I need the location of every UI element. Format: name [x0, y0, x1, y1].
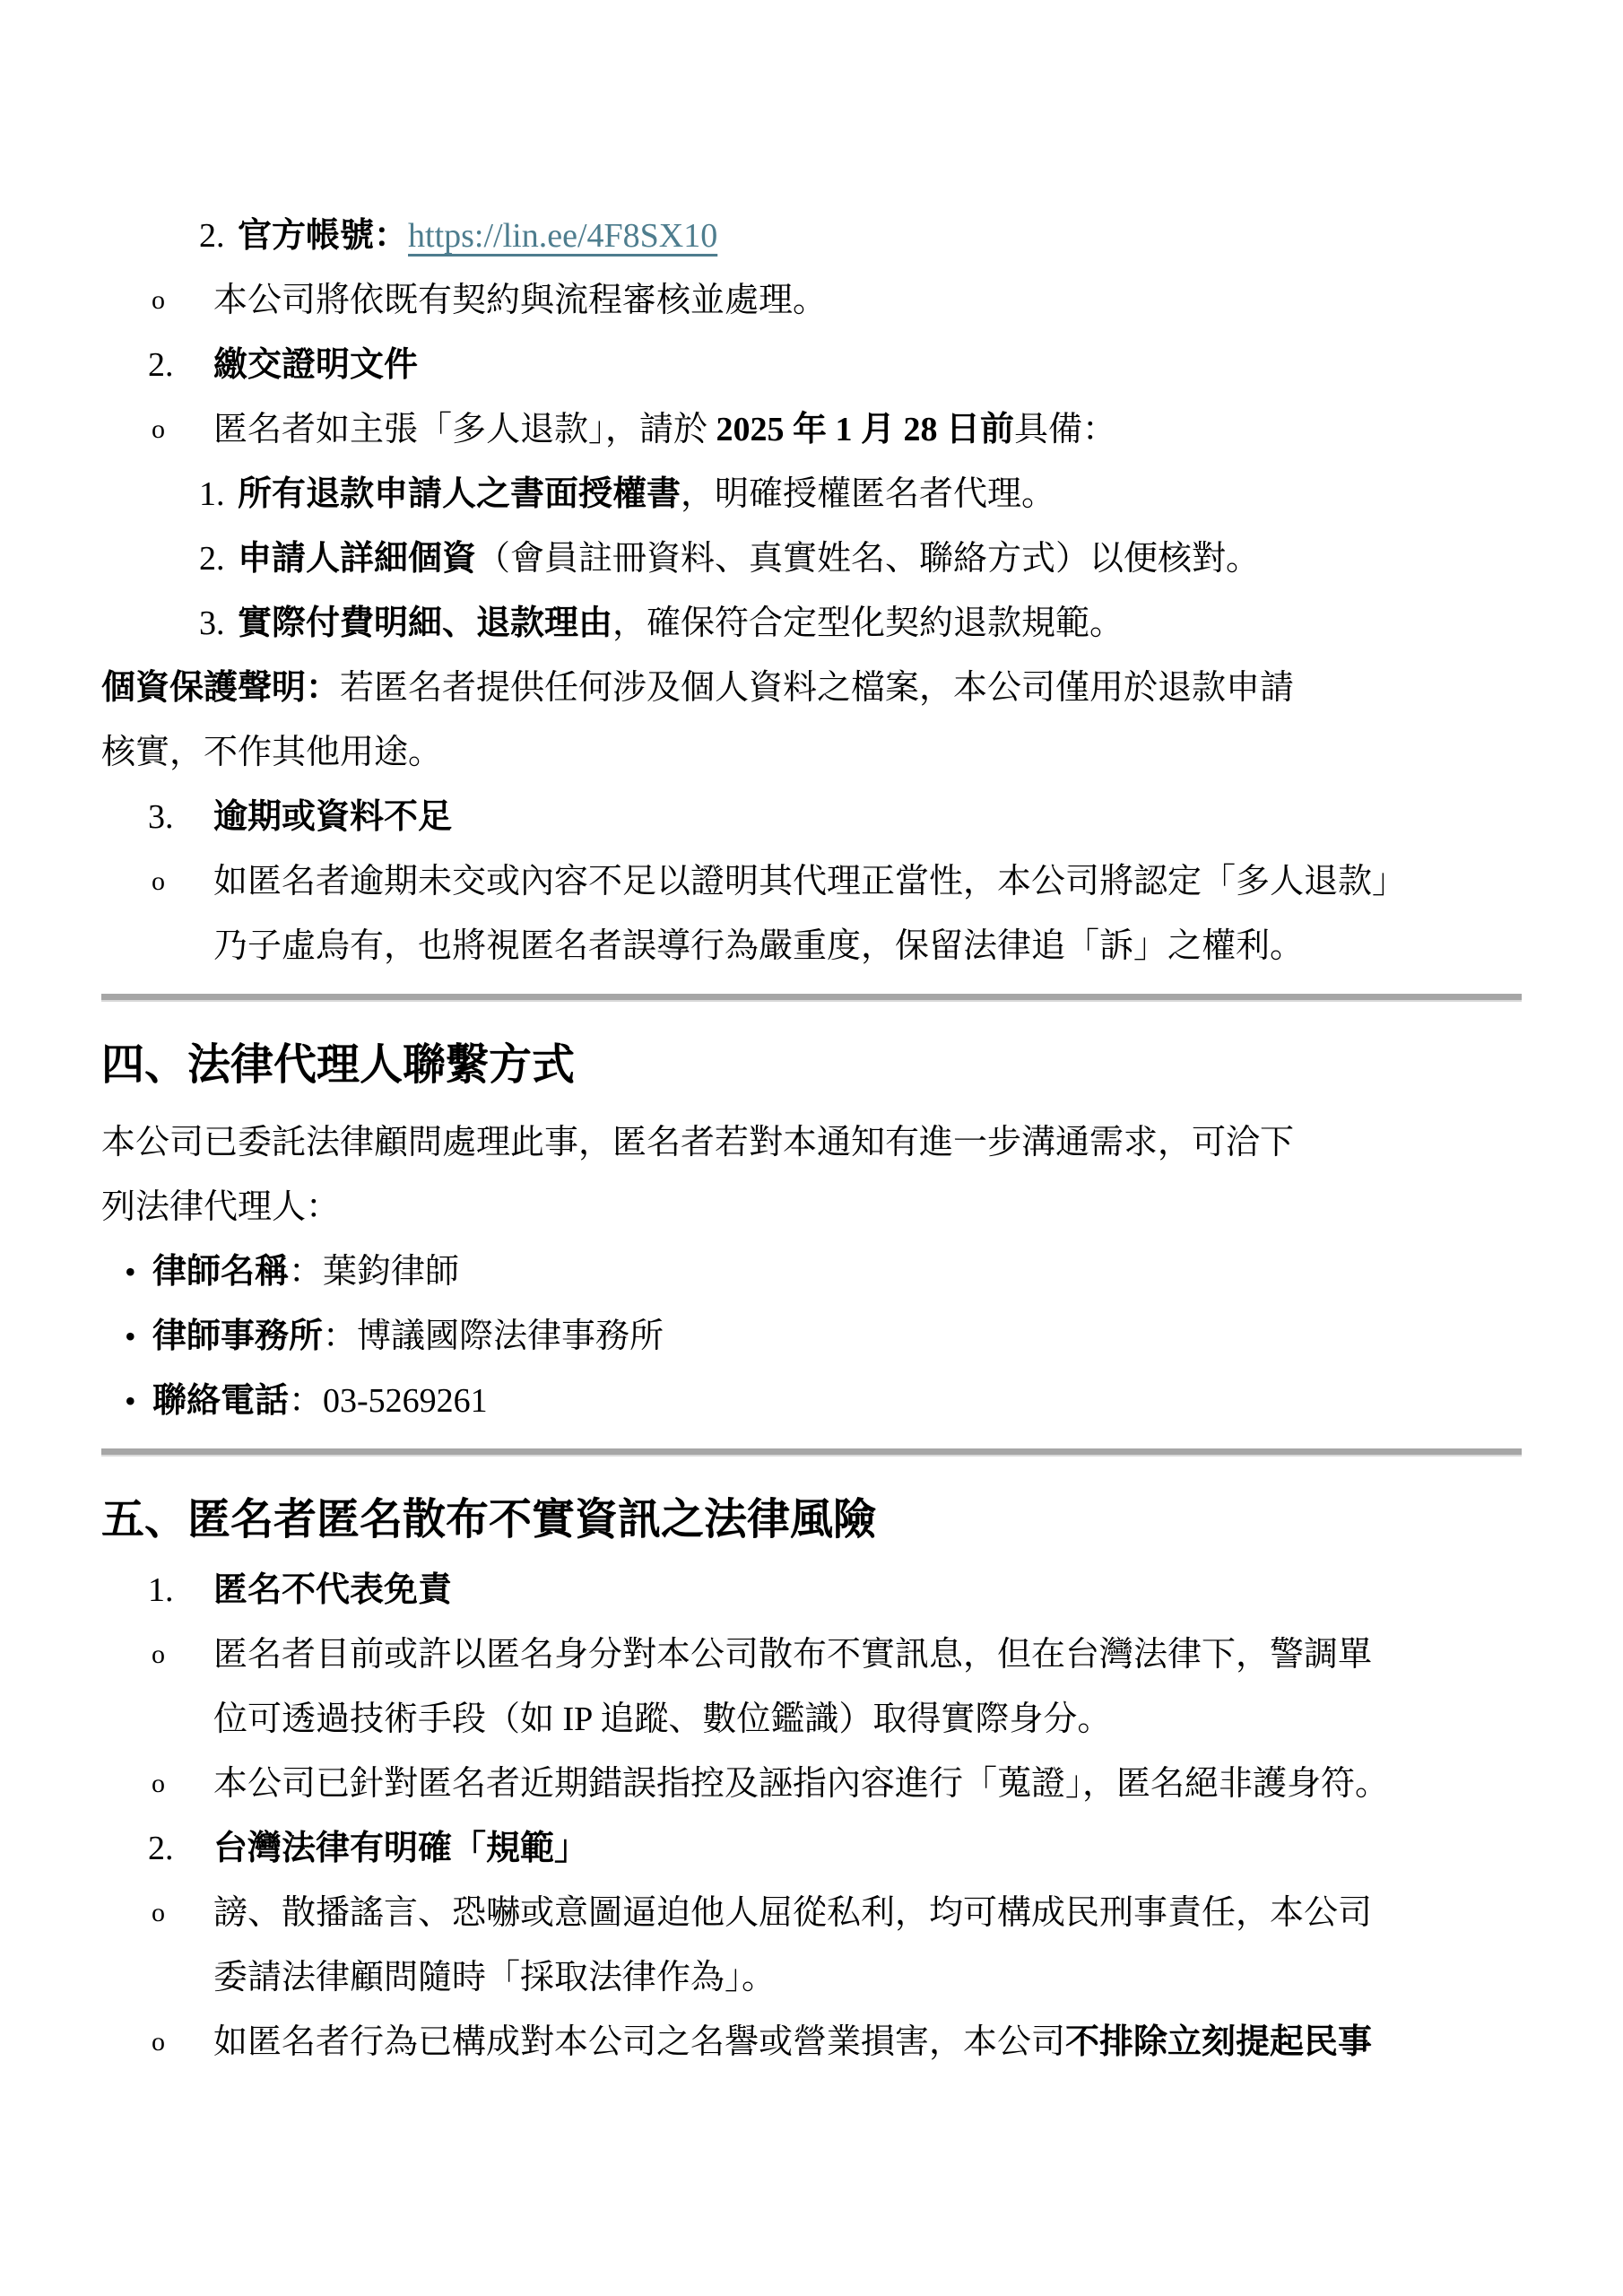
- number-marker: 2.: [148, 344, 174, 386]
- text-segment: （會員註冊資料、真實姓名、聯絡方式）以便核對。: [476, 540, 1260, 578]
- continuation-line: 位可透過技術手段（如 IP 追蹤、數位鑑識）取得實際身分。: [101, 1699, 1522, 1740]
- circle-bullet-icon: o: [152, 861, 165, 902]
- list-item-circle: o本公司已針對匿名者近期錯誤指控及誣指內容進行「蒐證」，匿名絕非護身符。: [101, 1763, 1522, 1805]
- text-segment: 實際付費明細、退款理由: [238, 604, 612, 642]
- text-segment: ：博議國際法律事務所: [323, 1318, 664, 1355]
- list-item-subnumbered: 3.實際付費明細、退款理由，確保符合定型化契約退款規範。: [101, 603, 1522, 644]
- section-heading: 五、匿名者匿名散布不實資訊之法律風險: [101, 1492, 1522, 1548]
- text-segment: 委請法律顧問隨時「採取法律作為」。: [213, 1959, 776, 1996]
- number-marker: 2.: [199, 215, 225, 257]
- bullet-list-item: •律師事務所：博議國際法律事務所: [101, 1316, 1522, 1357]
- document-page: 2.官方帳號：https://lin.ee/4F8SX10o本公司將依既有契約與…: [0, 0, 1623, 2296]
- list-item-numbered: 2.繳交證明文件: [101, 344, 1522, 386]
- text-segment: 本公司已委託法律顧問處理此事，匿名者若對本通知有進一步溝通需求，可洽下: [101, 1124, 1294, 1161]
- text-segment: ，明確授權匿名者代理。: [681, 475, 1055, 513]
- number-marker: 1.: [148, 1570, 174, 1611]
- section-divider: [101, 994, 1522, 1002]
- circle-bullet-icon: o: [152, 1634, 165, 1675]
- paragraph-line: 核實，不作其他用途。: [101, 732, 1522, 773]
- text-segment: 如匿名者行為已構成對本公司之名譽或營業損害，本公司: [213, 2023, 1065, 2061]
- text-segment: 聯絡電話: [152, 1382, 289, 1420]
- list-item-circle: o匿名者目前或許以匿名身分對本公司散布不實訊息，但在台灣法律下，警調單: [101, 1634, 1522, 1675]
- dot-bullet-icon: •: [125, 1380, 136, 1422]
- dot-bullet-icon: •: [125, 1316, 136, 1357]
- text-segment: 所有退款申請人之書面授權書: [238, 475, 681, 513]
- text-segment: 位可透過技術手段（如 IP 追蹤、數位鑑識）取得實際身分。: [213, 1700, 1111, 1738]
- list-item-subnumbered: 1.所有退款申請人之書面授權書，明確授權匿名者代理。: [101, 474, 1522, 515]
- number-marker: 1.: [199, 474, 225, 515]
- text-segment: 個資保護聲明：: [101, 669, 340, 707]
- circle-bullet-icon: o: [152, 1892, 165, 1934]
- bullet-list-item: •律師名稱：葉鈞律師: [101, 1251, 1522, 1292]
- circle-bullet-icon: o: [152, 1763, 165, 1805]
- text-segment: ：03-5269261: [289, 1382, 488, 1420]
- text-segment: 匿名者目前或許以匿名身分對本公司散布不實訊息，但在台灣法律下，警調單: [213, 1636, 1372, 1674]
- paragraph-line: 本公司已委託法律顧問處理此事，匿名者若對本通知有進一步溝通需求，可洽下: [101, 1122, 1522, 1163]
- continuation-line: 乃子虛烏有，也將視匿名者誤導行為嚴重度，保留法律追「訴」之權利。: [101, 926, 1522, 967]
- paragraph-line: 個資保護聲明：若匿名者提供任何涉及個人資料之檔案，本公司僅用於退款申請: [101, 667, 1522, 709]
- list-item-numbered: 3.逾期或資料不足: [101, 796, 1522, 838]
- section-divider: [101, 1448, 1522, 1457]
- dot-bullet-icon: •: [125, 1251, 136, 1292]
- text-segment: ：葉鈞律師: [289, 1253, 459, 1291]
- circle-bullet-icon: o: [152, 409, 165, 450]
- list-item-circle: o本公司將依既有契約與流程審核並處理。: [101, 280, 1522, 321]
- text-segment: 台灣法律有明確「規範」: [213, 1830, 588, 1867]
- text-segment: 不排除立刻提起民事: [1065, 2023, 1372, 2061]
- text-segment: 列法律代理人：: [101, 1188, 340, 1226]
- line-account-link[interactable]: https://lin.ee/4F8SX10: [408, 217, 717, 255]
- text-segment: 核實，不作其他用途。: [101, 734, 442, 771]
- text-segment: 繳交證明文件: [213, 346, 418, 384]
- list-item-subnumbered: 2.申請人詳細個資（會員註冊資料、真實姓名、聯絡方式）以便核對。: [101, 538, 1522, 579]
- list-item-circle: o匿名者如主張「多人退款」，請於 2025 年 1 月 28 日前具備：: [101, 409, 1522, 450]
- document-content: 2.官方帳號：https://lin.ee/4F8SX10o本公司將依既有契約與…: [101, 215, 1522, 2063]
- bullet-list-item: •聯絡電話：03-5269261: [101, 1380, 1522, 1422]
- number-marker: 2.: [148, 1828, 174, 1869]
- text-segment: 申請人詳細個資: [238, 540, 476, 578]
- number-marker: 3.: [199, 603, 225, 644]
- section-heading: 四、法律代理人聯繫方式: [101, 1038, 1522, 1093]
- text-segment: 逾期或資料不足: [213, 798, 452, 836]
- list-item-circle: o如匿名者逾期未交或內容不足以證明其代理正當性，本公司將認定「多人退款」: [101, 861, 1522, 902]
- list-item-numbered: 2.台灣法律有明確「規範」: [101, 1828, 1522, 1869]
- text-segment: 五、匿名者匿名散布不實資訊之法律風險: [101, 1496, 876, 1544]
- number-marker: 2.: [199, 538, 225, 579]
- continuation-line: 委請法律顧問隨時「採取法律作為」。: [101, 1957, 1522, 1998]
- text-segment: 匿名者如主張「多人退款」，請於: [213, 411, 716, 448]
- list-item-circle: o謗、散播謠言、恐嚇或意圖逼迫他人屈從私利，均可構成民刑事責任，本公司: [101, 1892, 1522, 1934]
- text-segment: 官方帳號：: [238, 217, 408, 255]
- text-segment: 本公司將依既有契約與流程審核並處理。: [213, 282, 827, 319]
- list-item-subnumbered: 2.官方帳號：https://lin.ee/4F8SX10: [101, 215, 1522, 257]
- number-marker: 3.: [148, 796, 174, 838]
- text-segment: 本公司已針對匿名者近期錯誤指控及誣指內容進行「蒐證」，匿名絕非護身符。: [213, 1765, 1389, 1803]
- text-segment: 匿名不代表免責: [213, 1571, 452, 1609]
- text-segment: ，確保符合定型化契約退款規範。: [612, 604, 1124, 642]
- text-segment: 乃子虛烏有，也將視匿名者誤導行為嚴重度，保留法律追「訴」之權利。: [213, 927, 1304, 965]
- text-segment: 律師名稱: [152, 1253, 289, 1291]
- text-segment: 律師事務所: [152, 1318, 323, 1355]
- list-item-numbered: 1.匿名不代表免責: [101, 1570, 1522, 1611]
- list-item-circle: o如匿名者行為已構成對本公司之名譽或營業損害，本公司不排除立刻提起民事: [101, 2022, 1522, 2063]
- circle-bullet-icon: o: [152, 280, 165, 321]
- text-segment: 若匿名者提供任何涉及個人資料之檔案，本公司僅用於退款申請: [340, 669, 1294, 707]
- paragraph-line: 列法律代理人：: [101, 1187, 1522, 1228]
- text-segment: 2025 年 1 月 28 日前: [716, 411, 1015, 448]
- text-segment: 四、法律代理人聯繫方式: [101, 1041, 575, 1089]
- text-segment: 如匿名者逾期未交或內容不足以證明其代理正當性，本公司將認定「多人退款」: [213, 863, 1406, 900]
- text-segment: 具備：: [1014, 411, 1116, 448]
- circle-bullet-icon: o: [152, 2022, 165, 2063]
- text-segment: 謗、散播謠言、恐嚇或意圖逼迫他人屈從私利，均可構成民刑事責任，本公司: [213, 1894, 1372, 1932]
